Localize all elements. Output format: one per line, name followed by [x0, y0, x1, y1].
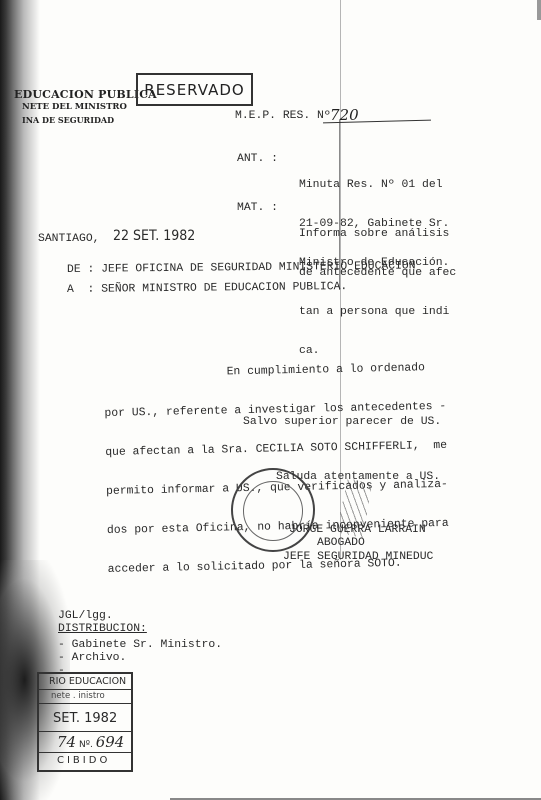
received-stamp-ministry: RIO EDUCACION [39, 674, 131, 690]
distribution-item: - Gabinete Sr. Ministro. [58, 639, 222, 652]
received-stamp-date: SET. 1982 [39, 703, 131, 731]
received-stamp-office: nete . inistro [39, 689, 131, 704]
received-stamp-status: CIBIDO [39, 751, 131, 770]
dateline-date: 22 SET. 1982 [113, 228, 195, 244]
received-stamp: RIO EDUCACION nete . inistro SET. 1982 7… [37, 672, 133, 772]
dateline-place: SANTIAGO, [38, 233, 100, 246]
subject-line: Informa sobre análisis [299, 228, 456, 241]
signatory-title: ABOGADO [317, 537, 365, 550]
distribution-label: DISTRIBUCION: [58, 623, 147, 636]
distribution-item: - Archivo. [58, 652, 126, 665]
received-stamp-number-prefix: 74 [57, 733, 76, 751]
body-line: En cumplimiento a lo ordenado [104, 362, 446, 382]
body-line: que afectan a la Sra. CECILIA SOTO SCHIF… [105, 440, 447, 460]
received-stamp-number-label: Nº. [79, 740, 93, 750]
letterhead-cabinet: NETE DEL MINISTRO [22, 102, 127, 112]
signatory-position: JEFE SEGURIDAD MINEDUC [283, 551, 433, 564]
received-stamp-number: 694 [96, 733, 125, 751]
closing-salvo: Salvo superior parecer de US. [243, 416, 441, 429]
received-stamp-number-row: 74 Nº. 694 [39, 731, 131, 753]
scan-corner-mark [537, 0, 541, 20]
subject-line: tan a persona que indi [299, 306, 456, 319]
reserved-stamp: RESERVADO [136, 73, 253, 106]
closing-saluda: Saluda atentamente a US. [276, 471, 440, 484]
resolution-label: M.E.P. RES. Nº [235, 110, 331, 123]
letterhead-office: INA DE SEGURIDAD [22, 115, 114, 125]
signatory-name: JORGE GUERRA LARRAIN [289, 524, 426, 537]
typist-reference: JGL/lgg. [58, 610, 113, 623]
